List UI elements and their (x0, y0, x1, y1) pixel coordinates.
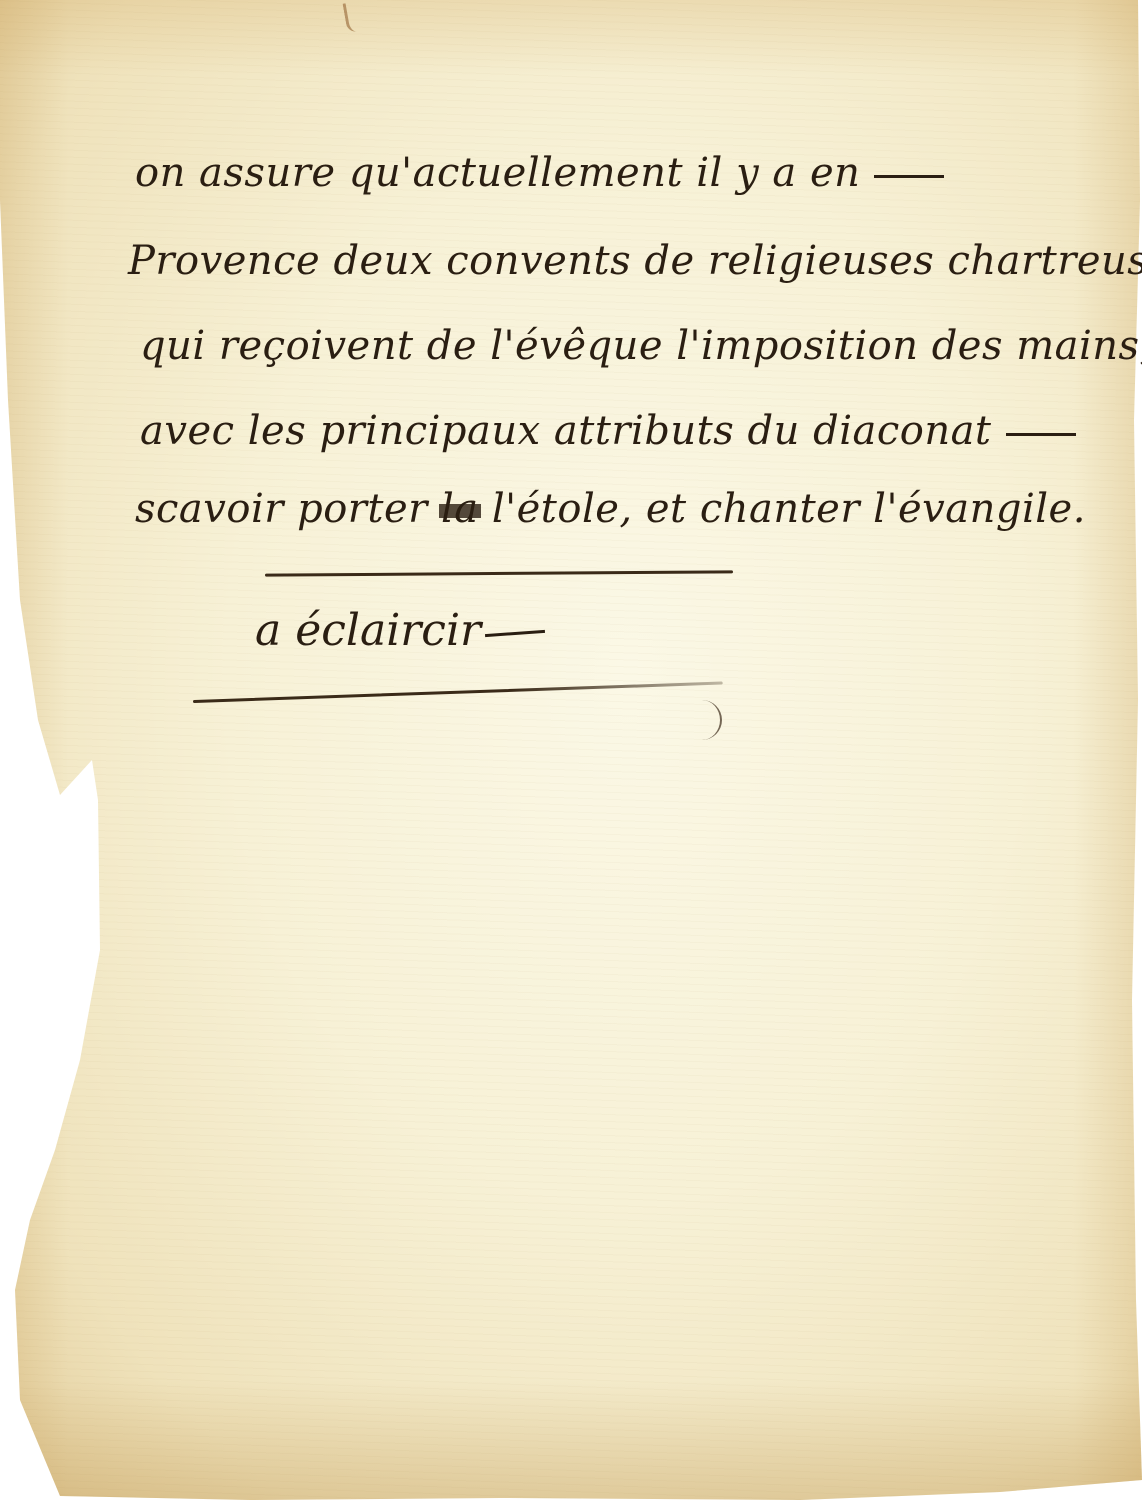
line-end-dash (1006, 433, 1076, 436)
line-end-dash (874, 175, 944, 178)
line-2-text: Provence deux convents de religieuses ch… (128, 238, 1142, 284)
text-line-2: Provence deux convents de religieuses ch… (128, 238, 1142, 284)
struck-out-word: la (441, 486, 479, 532)
line-5-text-b: l'étole, et chanter l'évangile. (492, 486, 1086, 532)
text-line-5: scavoir porter la l'étole, et chanter l'… (135, 486, 1086, 532)
line-5-text-a: scavoir porter (135, 486, 428, 532)
line-1-text: on assure qu'actuellement il y a en (135, 150, 860, 196)
text-line-3: qui reçoivent de l'évêque l'imposition d… (140, 323, 1142, 369)
line-4-text: avec les principaux attributs du diacona… (140, 408, 992, 454)
manuscript-sheet (0, 0, 1142, 1500)
line-3-text: qui reçoivent de l'évêque l'imposition d… (140, 323, 1142, 369)
text-line-1: on assure qu'actuellement il y a en (135, 150, 944, 196)
note-tail-stroke (485, 630, 545, 637)
note-text: a éclaircir (255, 605, 481, 656)
text-line-4: avec les principaux attributs du diacona… (140, 408, 1076, 454)
margin-note: a éclaircir (255, 605, 545, 656)
